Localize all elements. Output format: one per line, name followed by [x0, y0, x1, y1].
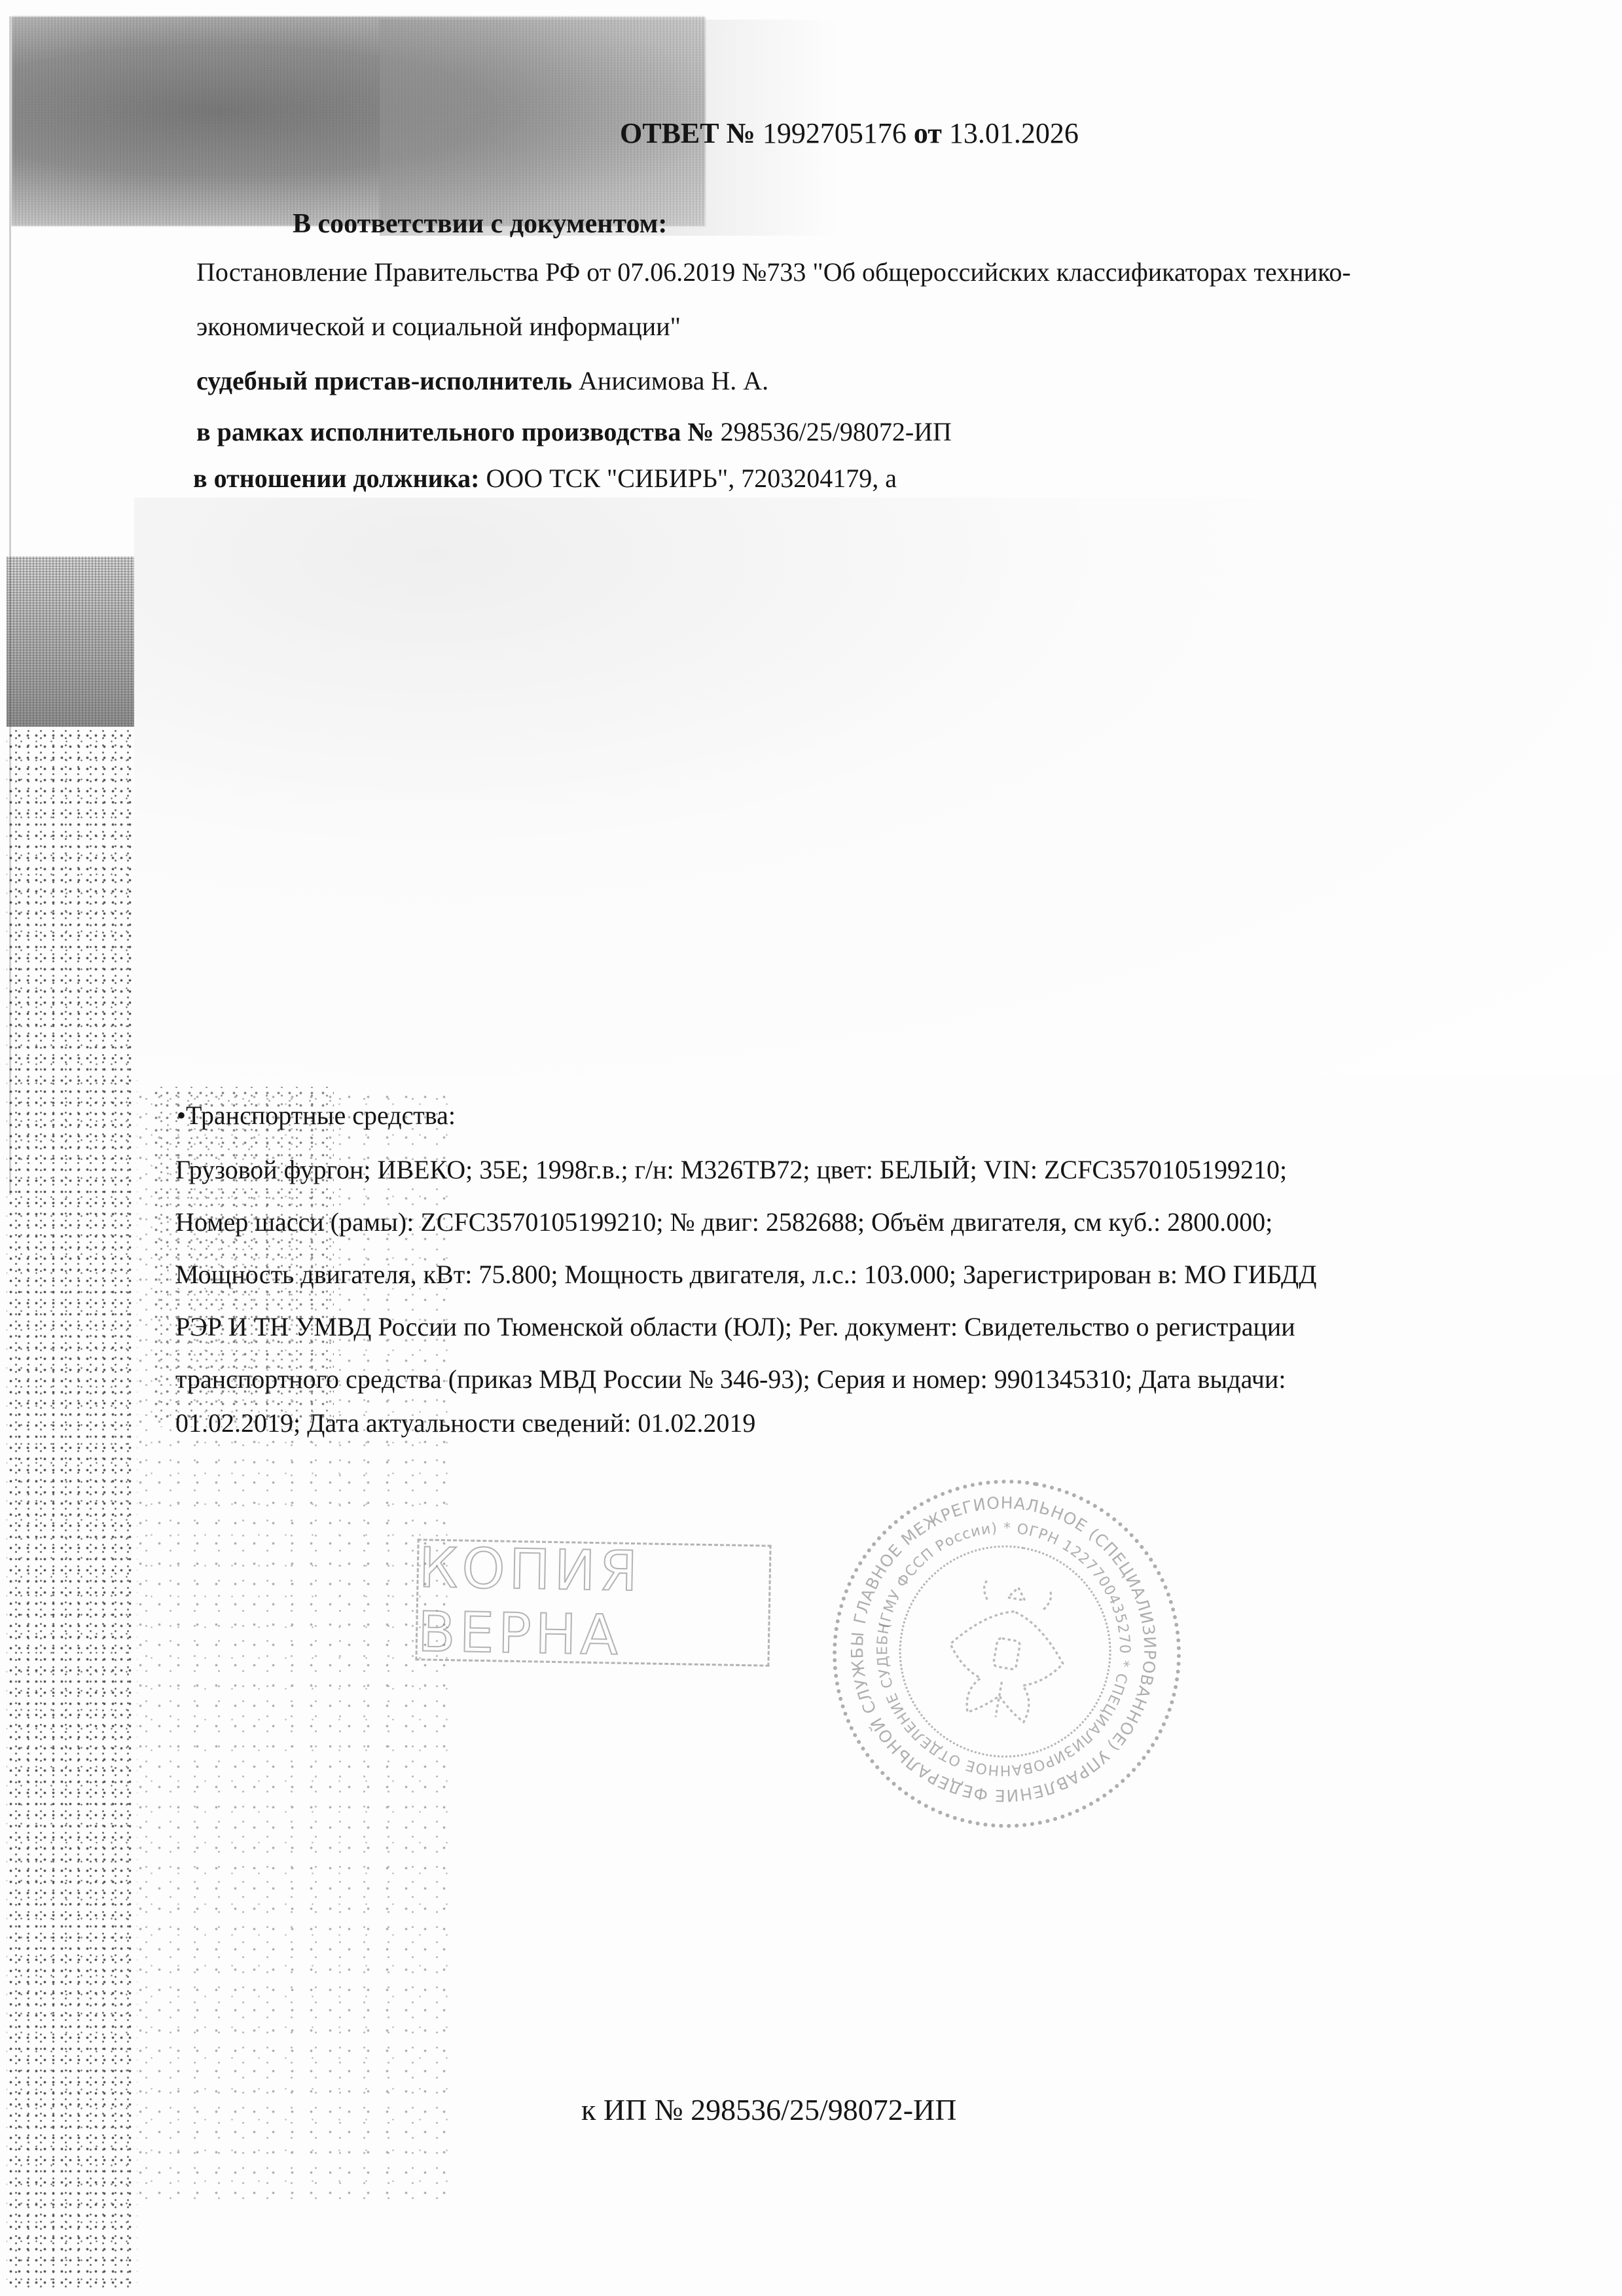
vehicle-line: Грузовой фургон; ИВЕКО; 35Е; 1998г.в.; г… [175, 1154, 1287, 1185]
vehicle-line: Мощность двигателя, кВт: 75.800; Мощност… [175, 1259, 1316, 1290]
scan-noise-band [7, 556, 134, 727]
bailiff-line: судебный пристав-исполнитель Анисимова Н… [196, 365, 768, 396]
official-seal: ГЛАВНОЕ МЕЖРЕГИОНАЛЬНОЕ (СПЕЦИАЛИЗИРОВАН… [805, 1452, 1208, 1855]
debtor-line: в отношении должника: ООО ТСК "СИБИРЬ", … [193, 463, 897, 494]
scan-speckle [7, 730, 137, 2288]
title-label: ОТВЕТ № [620, 117, 755, 149]
vehicle-line: 01.02.2019; Дата актуальности сведений: … [175, 1408, 755, 1438]
bailiff-label: судебный пристав-исполнитель [196, 366, 572, 395]
redacted-content-block [134, 498, 1622, 1074]
vehicle-line: РЭР И ТН УМВД России по Тюменской област… [175, 1311, 1295, 1342]
basis-text-line1: Постановление Правительства РФ от 07.06.… [196, 257, 1351, 287]
document-title: ОТВЕТ № 1992705176 от 13.01.2026 [620, 117, 1079, 150]
answer-date: 13.01.2026 [949, 117, 1079, 149]
proceeding-label: в рамках исполнительного производства № [196, 417, 714, 446]
debtor-value: ООО ТСК "СИБИРЬ", 7203204179, а [486, 464, 897, 493]
vehicle-line: Номер шасси (рамы): ZCFC3570105199210; №… [175, 1207, 1272, 1237]
debtor-label: в отношении должника: [193, 464, 479, 493]
proceeding-reference-footer: к ИП № 298536/25/98072-ИП [581, 2092, 957, 2127]
basis-heading: В соответствии с документом: [293, 208, 667, 240]
basis-text-line2: экономической и социальной информации" [196, 311, 681, 342]
copy-certified-stamp: КОПИЯ ВЕРНА [415, 1539, 771, 1666]
document-page: ОТВЕТ № 1992705176 от 13.01.2026 В соотв… [0, 0, 1622, 2296]
proceeding-number: 298536/25/98072-ИП [721, 417, 952, 446]
proceeding-line: в рамках исполнительного производства № … [196, 416, 952, 447]
title-date-label: от [914, 117, 942, 149]
vehicles-heading: •Транспортные средства: [177, 1100, 456, 1131]
bailiff-name: Анисимова Н. А. [579, 366, 768, 395]
answer-number: 1992705176 [763, 117, 907, 149]
vehicle-line: транспортного средства (приказ МВД Росси… [175, 1364, 1286, 1394]
copy-stamp-text: КОПИЯ ВЕРНА [417, 1535, 769, 1669]
coat-of-arms-icon [922, 1564, 1091, 1744]
